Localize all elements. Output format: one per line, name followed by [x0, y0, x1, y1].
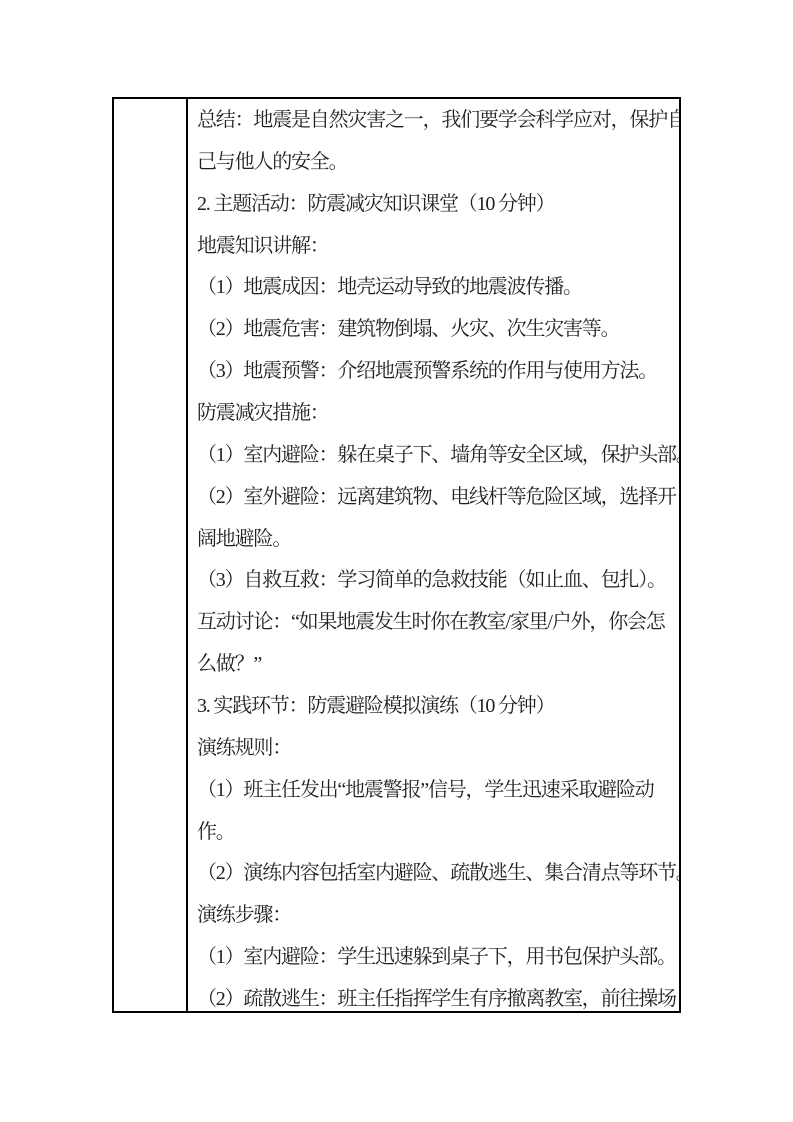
- doc-text-line: （1）班主任发出“地震警报”信号，学生迅速采取避险动: [197, 770, 675, 812]
- table-left-cell: [114, 99, 188, 1011]
- lesson-plan-table: 总结：地震是自然灾害之一，我们要学会科学应对，保护自 己与他人的安全。 2. 主…: [112, 97, 681, 1013]
- doc-text-line: （2）疏散逃生：班主任指挥学生有序撤离教室，前往操场: [197, 979, 675, 1011]
- doc-text-line: 己与他人的安全。: [197, 142, 675, 184]
- doc-text-line: （1）室内避险：躲在桌子下、墙角等安全区域，保护头部。: [197, 435, 675, 477]
- doc-text-line: （3）自救互救：学习简单的急救技能（如止血、包扎）。: [197, 560, 675, 602]
- doc-text-line: 互动讨论：“如果地震发生时你在教室/家里/户外，你会怎: [197, 602, 675, 644]
- doc-text-line: 演练步骤：: [197, 895, 675, 937]
- doc-text-line: （3）地震预警：介绍地震预警系统的作用与使用方法。: [197, 351, 675, 393]
- doc-text-line: 演练规则：: [197, 728, 675, 770]
- doc-text-line: （1）地震成因：地壳运动导致的地震波传播。: [197, 267, 675, 309]
- table-content-cell: 总结：地震是自然灾害之一，我们要学会科学应对，保护自 己与他人的安全。 2. 主…: [188, 99, 679, 1011]
- document-page: 总结：地震是自然灾害之一，我们要学会科学应对，保护自 己与他人的安全。 2. 主…: [0, 0, 793, 1122]
- doc-text-line: 地震知识讲解：: [197, 226, 675, 268]
- doc-text-line: 么做？”: [197, 644, 675, 686]
- doc-text-line: 防震减灾措施：: [197, 393, 675, 435]
- doc-text-line: 阔地避险。: [197, 519, 675, 561]
- doc-text-line: （2）室外避险：远离建筑物、电线杆等危险区域，选择开: [197, 477, 675, 519]
- doc-text-line: 总结：地震是自然灾害之一，我们要学会科学应对，保护自: [197, 100, 675, 142]
- doc-text-line: 2. 主题活动：防震减灾知识课堂（10 分钟）: [197, 184, 675, 226]
- doc-text-line: （1）室内避险：学生迅速躲到桌子下，用书包保护头部。: [197, 937, 675, 979]
- doc-text-line: （2）地震危害：建筑物倒塌、火灾、次生灾害等。: [197, 309, 675, 351]
- doc-text-line: 作。: [197, 812, 675, 854]
- doc-text-line: （2）演练内容包括室内避险、疏散逃生、集合清点等环节。: [197, 853, 675, 895]
- doc-text-line: 3. 实践环节：防震避险模拟演练（10 分钟）: [197, 686, 675, 728]
